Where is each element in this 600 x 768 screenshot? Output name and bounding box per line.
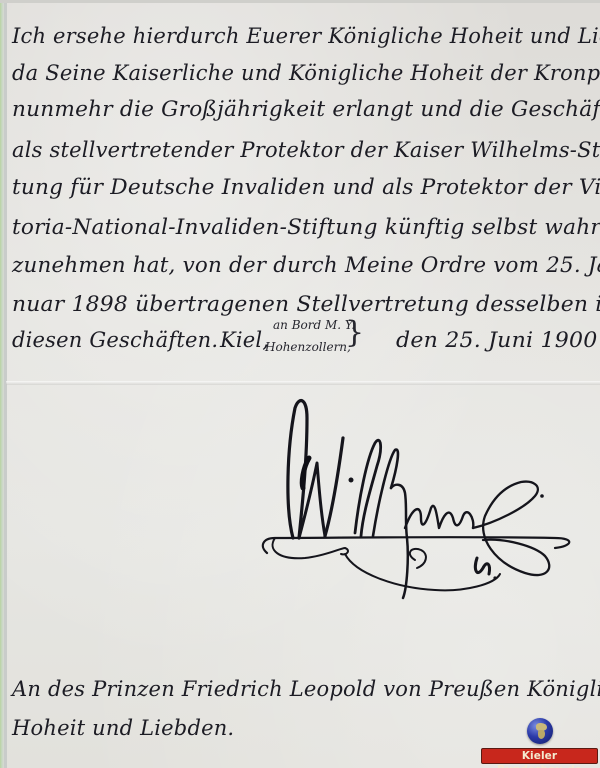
logo-label: Kieler Rundschau.de bbox=[481, 748, 598, 764]
address-line-2: Hoheit und Liebden. bbox=[12, 716, 234, 740]
brace-symbol: } bbox=[345, 315, 364, 350]
letter-line-2: da Seine Kaiserliche und Königliche Hohe… bbox=[12, 61, 600, 85]
letter-line-8: nuar 1898 übertragenen Stellvertretung d… bbox=[12, 292, 600, 316]
place-annotation-bottom: Hohenzollern, bbox=[265, 340, 351, 354]
page-top-edge bbox=[0, 0, 600, 3]
letter-line-7: zunehmen hat, von der durch Meine Ordre … bbox=[12, 253, 600, 277]
letter-line-6: toria-National-Invaliden-Stiftung künfti… bbox=[12, 215, 600, 239]
globe-icon bbox=[527, 718, 553, 744]
place-annotation-top: an Bord M. Y. bbox=[273, 318, 355, 332]
address-line-1: An des Prinzen Friedrich Leopold von Pre… bbox=[12, 677, 600, 701]
paper-fold-line bbox=[6, 381, 600, 385]
document-page: Ich ersehe hierdurch Euerer Königliche H… bbox=[0, 0, 600, 768]
letter-line-3: nunmehr die Großjährigkeit erlangt und d… bbox=[12, 97, 600, 121]
letter-line-1: Ich ersehe hierdurch Euerer Königliche H… bbox=[12, 24, 600, 48]
date-text: den 25. Juni 1900 bbox=[396, 328, 597, 352]
letter-line-9: diesen Geschäften. bbox=[12, 328, 218, 352]
place-text: Kiel, bbox=[220, 328, 269, 352]
signature-wilhelm bbox=[255, 388, 595, 618]
letter-line-5: tung für Deutsche Invaliden und als Prot… bbox=[12, 175, 600, 199]
letter-line-4: als stellvertretender Protektor der Kais… bbox=[12, 138, 600, 162]
kieler-rundschau-logo[interactable]: Kieler Rundschau.de bbox=[481, 718, 598, 766]
